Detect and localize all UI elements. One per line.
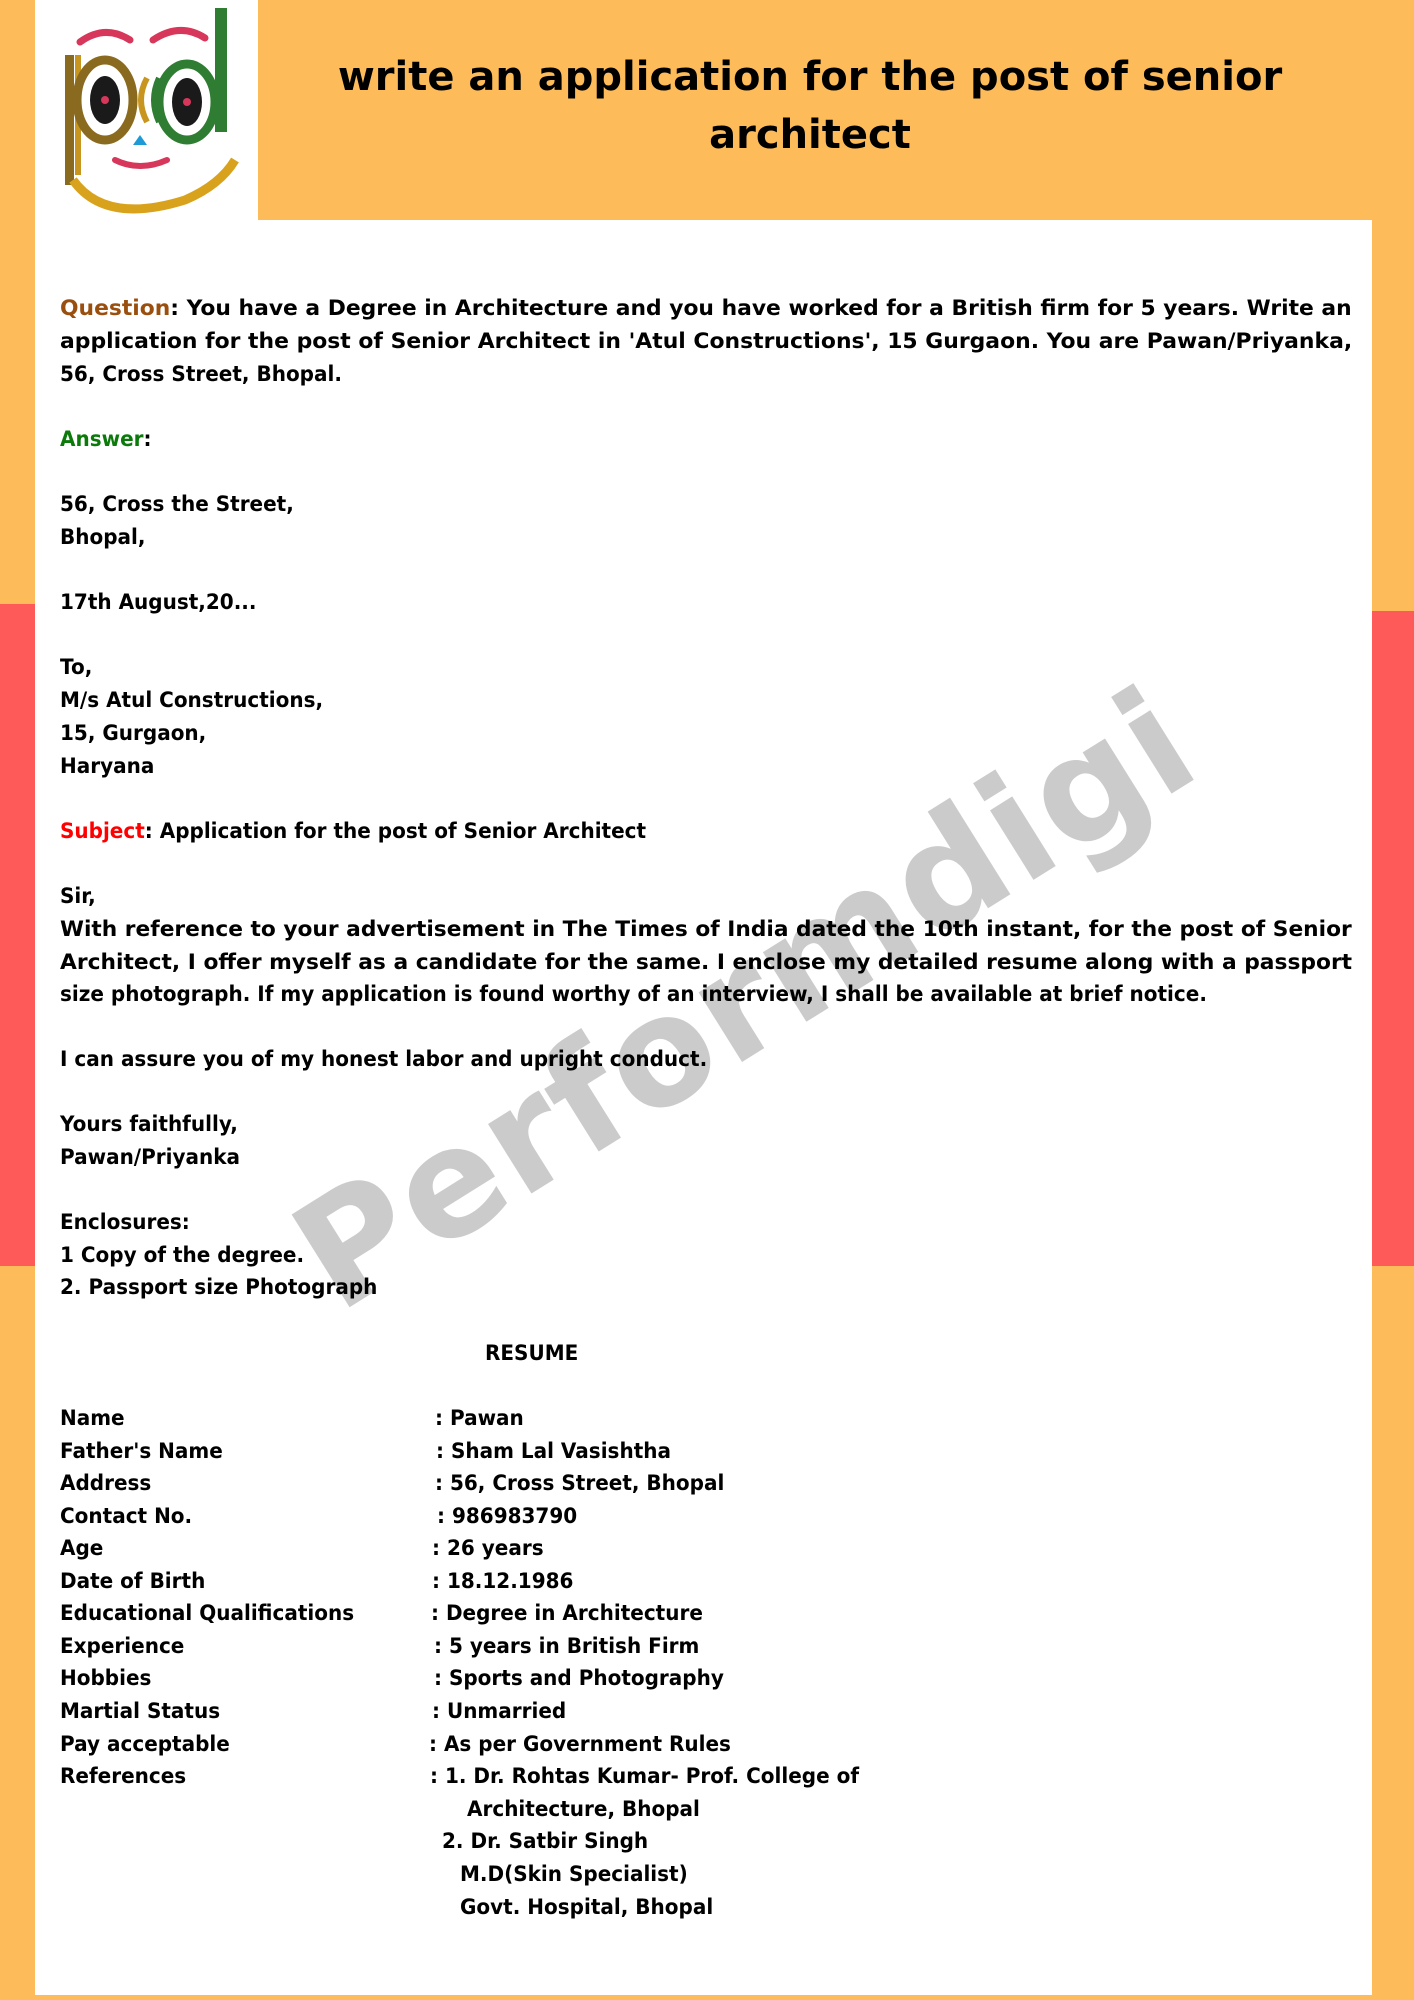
resume-row-label: Hobbies — [60, 1666, 151, 1692]
resume-row-value: : 5 years in British Firm — [434, 1634, 699, 1660]
resume-row-label: Date of Birth — [60, 1569, 205, 1595]
resume-row-value: : 1. Dr. Rohtas Kumar- Prof. College of — [430, 1764, 859, 1790]
resume-row-label: Name — [60, 1406, 125, 1432]
resume-row-label: References — [60, 1764, 186, 1790]
resume-row-label: Father's Name — [60, 1439, 223, 1465]
pd-smiley-logo-icon — [35, 0, 258, 220]
resume-row-label: Martial Status — [60, 1699, 220, 1725]
question-line-3: 56, Cross Street, Bhopal. — [60, 362, 342, 388]
resume-title: RESUME — [485, 1341, 578, 1367]
resume-row-value: : Sports and Photography — [434, 1666, 724, 1692]
resume-row-value: : 18.12.1986 — [432, 1569, 573, 1595]
recipient-line-1: To, — [60, 655, 92, 681]
body-line-2: Architect, I offer myself as a candidate… — [60, 950, 1352, 976]
salutation: Sir, — [60, 884, 96, 910]
resume-row-value: : Unmarried — [432, 1699, 566, 1725]
resume-row-label: Educational Qualifications — [60, 1601, 354, 1627]
assurance-line: I can assure you of my honest labor and … — [60, 1047, 707, 1073]
recipient-line-4: Haryana — [60, 754, 154, 780]
reference-continuation-3: M.D(Skin Specialist) — [460, 1862, 688, 1888]
subject-line: Subject: Application for the post of Sen… — [60, 819, 646, 845]
enclosures-heading: Enclosures: — [60, 1210, 190, 1236]
enclosure-item-2: 2. Passport size Photograph — [60, 1275, 377, 1301]
question-line-1: Question: You have a Degree in Architect… — [60, 296, 1352, 322]
sender-address-line-2: Bhopal, — [60, 525, 145, 551]
resume-row-label: Address — [60, 1471, 151, 1497]
page-title-line-2: architect — [300, 106, 1320, 164]
letter-date: 17th August,20... — [60, 590, 257, 616]
resume-row-value: : Sham Lal Vasishtha — [436, 1439, 671, 1465]
reference-continuation-1: Architecture, Bhopal — [467, 1797, 700, 1823]
signature: Pawan/Priyanka — [60, 1145, 240, 1171]
resume-row-label: Pay acceptable — [60, 1732, 230, 1758]
recipient-line-3: 15, Gurgaon, — [60, 721, 206, 747]
page-title-line-1: write an application for the post of sen… — [300, 48, 1320, 106]
resume-row-label: Contact No. — [60, 1504, 192, 1530]
sender-address-line-1: 56, Cross the Street, — [60, 492, 294, 518]
enclosure-item-1: 1 Copy of the degree. — [60, 1243, 304, 1269]
resume-row-value: : 56, Cross Street, Bhopal — [435, 1471, 724, 1497]
answer-label-colon: : — [144, 427, 152, 452]
reference-continuation-2: 2. Dr. Satbir Singh — [442, 1829, 648, 1855]
question-text: : You have a Degree in Architecture and … — [170, 296, 1351, 321]
site-logo[interactable] — [35, 0, 258, 220]
resume-row-value: : Degree in Architecture — [431, 1601, 703, 1627]
page-title: write an application for the post of sen… — [300, 48, 1320, 164]
left-accent-band — [0, 604, 35, 1266]
resume-row-value: : 26 years — [432, 1536, 544, 1562]
subject-label: Subject — [60, 819, 145, 844]
answer-heading: Answer: — [60, 427, 152, 453]
resume-row-label: Age — [60, 1536, 103, 1562]
resume-row-value: : Pawan — [435, 1406, 524, 1432]
resume-row-value: : As per Government Rules — [429, 1732, 731, 1758]
resume-row-value: : 986983790 — [437, 1504, 577, 1530]
recipient-line-2: M/s Atul Constructions, — [60, 688, 323, 714]
subject-text: : Application for the post of Senior Arc… — [145, 819, 646, 844]
question-line-2: application for the post of Senior Archi… — [60, 329, 1352, 355]
resume-row-label: Experience — [60, 1634, 184, 1660]
reference-continuation-4: Govt. Hospital, Bhopal — [460, 1895, 713, 1921]
body-line-1: With reference to your advertisement in … — [60, 917, 1352, 943]
body-line-3: size photograph. If my application is fo… — [60, 982, 1207, 1008]
right-accent-band — [1372, 611, 1414, 1266]
closing: Yours faithfully, — [60, 1112, 238, 1138]
answer-label: Answer — [60, 427, 144, 452]
content-panel — [35, 220, 1372, 1995]
question-label: Question — [60, 296, 170, 321]
